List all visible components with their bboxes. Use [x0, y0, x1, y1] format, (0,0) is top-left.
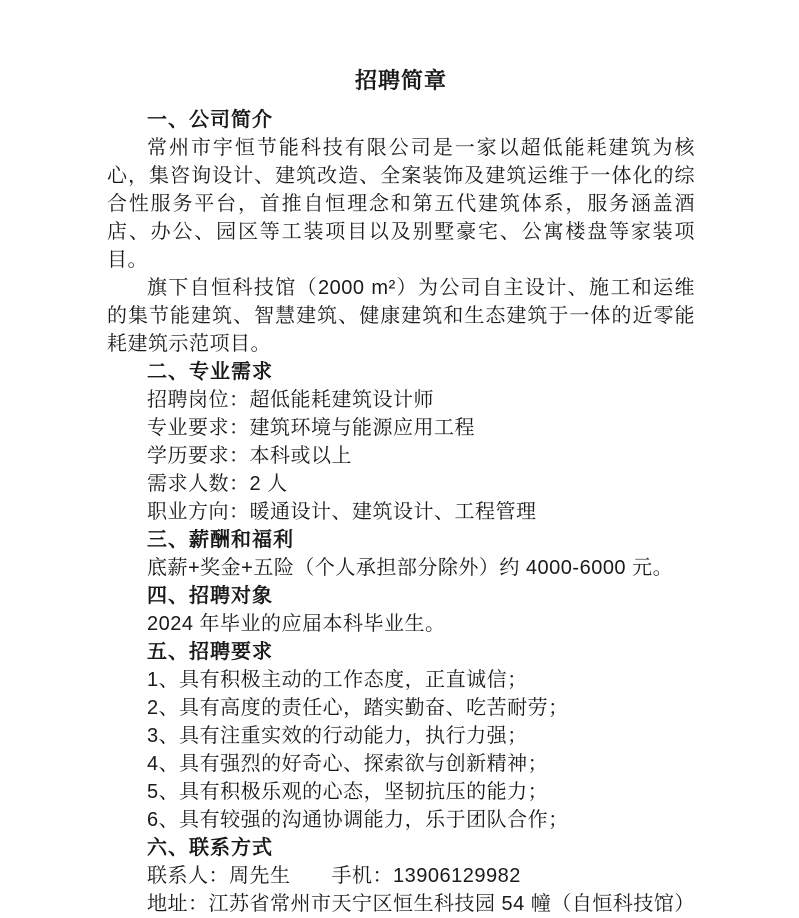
text-line: 招聘岗位：超低能耗建筑设计师 — [107, 386, 695, 414]
paragraph: 常州市宇恒节能科技有限公司是一家以超低能耗建筑为核心，集咨询设计、建筑改造、全案… — [107, 134, 695, 274]
text-line: 底薪+奖金+五险（个人承担部分除外）约 4000-6000 元。 — [107, 554, 695, 582]
text-line: 职业方向：暖通设计、建筑设计、工程管理 — [107, 498, 695, 526]
text-line: 专业要求：建筑环境与能源应用工程 — [107, 414, 695, 442]
text-line: 6、具有较强的沟通协调能力，乐于团队合作； — [107, 806, 695, 834]
section-heading: 六、联系方式 — [107, 834, 695, 862]
text-line: 2、具有高度的责任心，踏实勤奋、吃苦耐劳； — [107, 694, 695, 722]
text-line: 1、具有积极主动的工作态度，正直诚信； — [107, 666, 695, 694]
text-line: 学历要求：本科或以上 — [107, 442, 695, 470]
text-line: 4、具有强烈的好奇心、探索欲与创新精神； — [107, 750, 695, 778]
text-line: 地址：江苏省常州市天宁区恒生科技园 54 幢（自恒科技馆） — [107, 890, 695, 918]
text-line: 5、具有积极乐观的心态，坚韧抗压的能力； — [107, 778, 695, 806]
page-title: 招聘简章 — [107, 66, 695, 96]
text-line: 3、具有注重实效的行动能力，执行力强； — [107, 722, 695, 750]
text-line: 联系人：周先生 手机：13906129982 — [107, 862, 695, 890]
document-page: 招聘简章 一、公司简介常州市宇恒节能科技有限公司是一家以超低能耗建筑为核心，集咨… — [0, 0, 799, 918]
document-body: 一、公司简介常州市宇恒节能科技有限公司是一家以超低能耗建筑为核心，集咨询设计、建… — [107, 106, 695, 918]
text-line: 需求人数：2 人 — [107, 470, 695, 498]
text-line: 2024 年毕业的应届本科毕业生。 — [107, 610, 695, 638]
section-heading: 五、招聘要求 — [107, 638, 695, 666]
section-heading: 三、薪酬和福利 — [107, 526, 695, 554]
section-heading: 一、公司简介 — [107, 106, 695, 134]
section-heading: 二、专业需求 — [107, 358, 695, 386]
section-heading: 四、招聘对象 — [107, 582, 695, 610]
paragraph: 旗下自恒科技馆（2000 m²）为公司自主设计、施工和运维的集节能建筑、智慧建筑… — [107, 274, 695, 358]
